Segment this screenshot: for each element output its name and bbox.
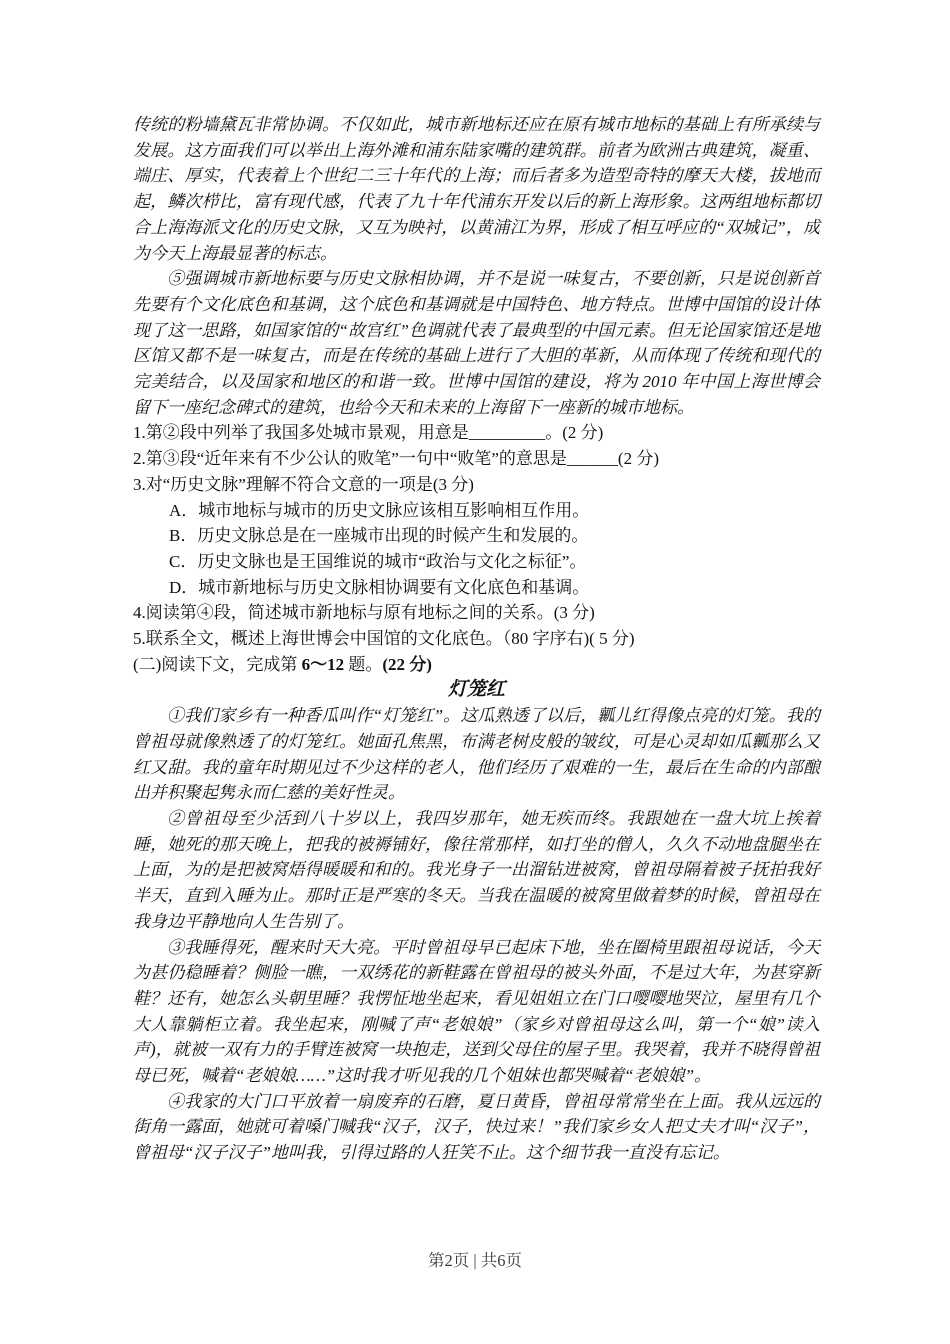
passage1-paragraph-5: ⑤强调城市新地标要与历史文脉相协调，并不是说一味复古，不要创新，只是说创新首先要… [133,266,820,420]
question-4: 4.阅读第④段，简述城市新地标与原有地标之间的关系。(3 分) [133,600,820,626]
passage2-paragraph: ③我睡得死，醒来时天大亮。平时曾祖母早已起床下地，坐在圈椅里跟祖母说话，今天为甚… [133,935,820,1089]
passage2-paragraph: ④我家的大门口平放着一扇废弃的石磨，夏日黄昏，曾祖母常常坐在上面。我从远远的街角… [133,1089,820,1166]
passage2-body: ①我们家乡有一种香瓜叫作“灯笼红”。这瓜熟透了以后，瓤儿红得像点亮的灯笼。我的曾… [133,703,820,1166]
question-1: 1.第②段中列举了我国多处城市景观，用意是_________。(2 分) [133,420,820,446]
section-2-header: (二)阅读下文，完成第 6～12 题。(22 分) [133,652,820,678]
passage2-paragraph: ①我们家乡有一种香瓜叫作“灯笼红”。这瓜熟透了以后，瓤儿红得像点亮的灯笼。我的曾… [133,703,820,806]
page-number: 第2页 | 共6页 [428,1251,522,1270]
exam-page: 传统的粉墙黛瓦非常协调。不仅如此，城市新地标还应在原有城市地标的基础上有所承续与… [0,0,950,1344]
question-3-options: A．城市地标与城市的历史文脉应该相互影响相互作用。 B．历史文脉总是在一座城市出… [133,498,820,601]
page-footer: 第2页 | 共6页 [0,1247,950,1271]
section-2-question-range: 6～12 [302,655,345,674]
section-2-header-text: (二)阅读下文，完成第 [133,655,302,674]
question-3-option: B．历史文脉总是在一座城市出现的时候产生和发展的。 [169,523,820,549]
passage1-continuation-paragraph: 传统的粉墙黛瓦非常协调。不仅如此，城市新地标还应在原有城市地标的基础上有所承续与… [133,112,820,266]
question-5: 5.联系全文，概述上海世博会中国馆的文化底色。（80 字序右)( 5 分) [133,626,820,652]
page-content: 传统的粉墙黛瓦非常协调。不仅如此，城市新地标还应在原有城市地标的基础上有所承续与… [133,112,820,1166]
section-2-header-suffix: 题。 [344,655,382,674]
question-3-option: D．城市新地标与历史文脉相协调要有文化底色和基调。 [169,575,820,601]
passage2-title: 灯笼红 [133,677,820,703]
question-2: 2.第③段“近年来有不少公认的败笔”一句中“败笔”的意思是______(2 分) [133,446,820,472]
passage2-paragraph: ②曾祖母至少活到八十岁以上，我四岁那年，她无疾而终。我跟她在一盘大坑上挨着睡，她… [133,806,820,935]
section-2-score: (22 分) [382,655,432,674]
question-3: 3.对“历史文脉”理解不符合文意的一项是(3 分) [133,472,820,498]
question-3-option: A．城市地标与城市的历史文脉应该相互影响相互作用。 [169,498,820,524]
question-3-option: C．历史文脉也是王国维说的城市“政治与文化之标征”。 [169,549,820,575]
